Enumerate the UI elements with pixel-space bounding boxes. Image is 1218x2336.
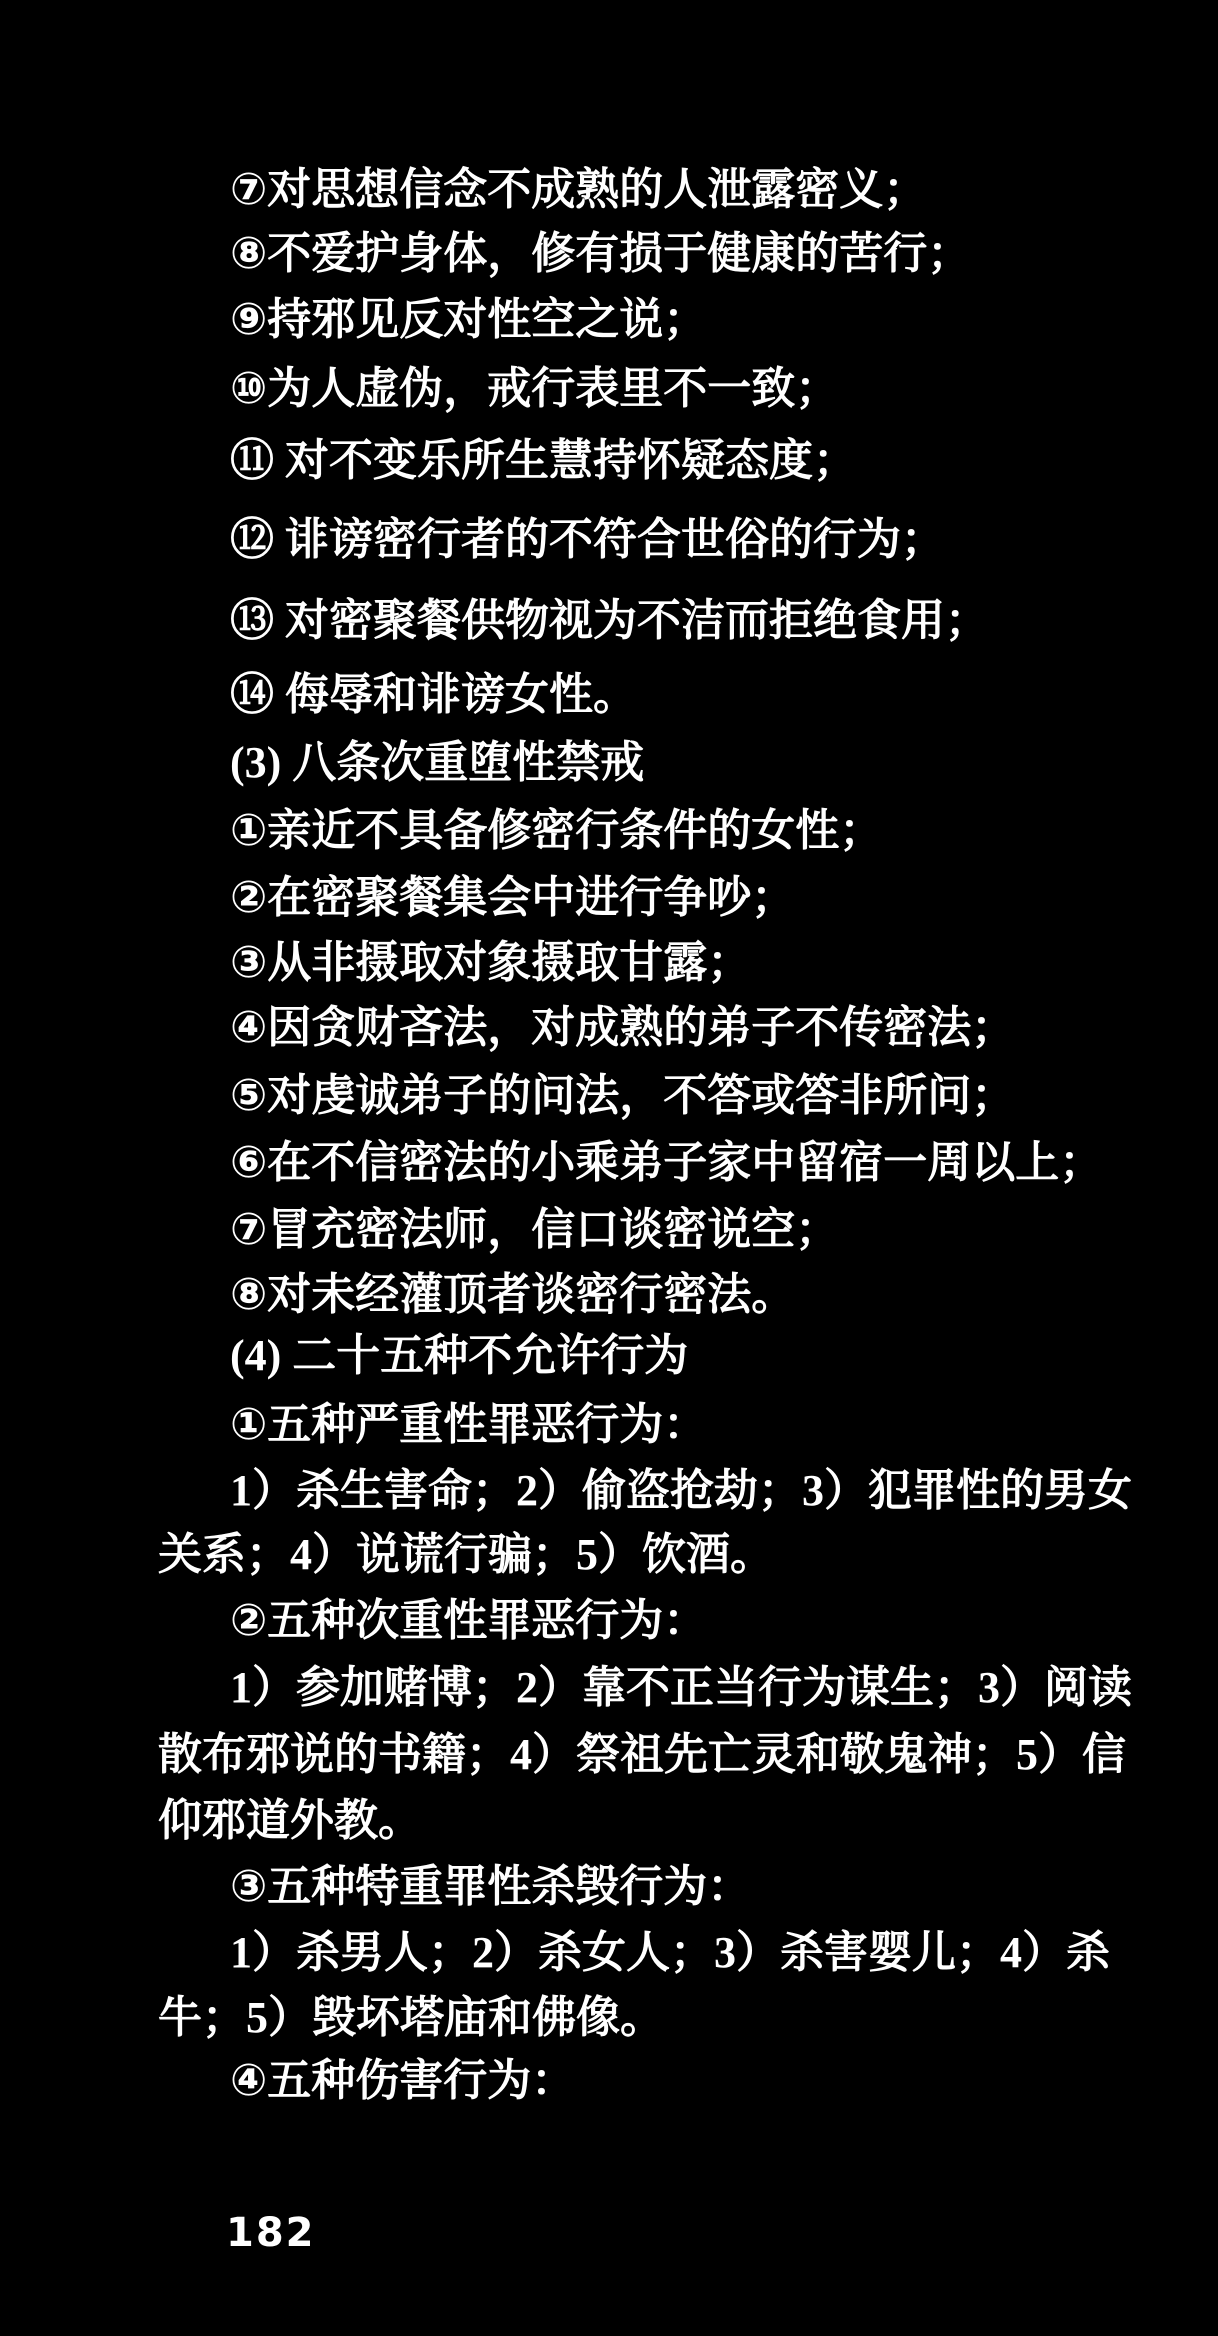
text-line: 仰邪道外教。 — [158, 1796, 422, 1847]
text-line: ⑪ 对不变乐所生慧持怀疑态度； — [230, 436, 857, 487]
text-line: ①五种严重性罪恶行为： — [230, 1400, 707, 1451]
text-line: ⑬ 对密聚餐供物视为不洁而拒绝食用； — [230, 596, 989, 647]
text-line: 散布邪说的书籍；4）祭祖先亡灵和敬鬼神；5）信 — [158, 1730, 1126, 1781]
text-line: ⑫ 诽谤密行者的不符合世俗的行为； — [230, 515, 945, 566]
text-line: 1）参加赌博；2）靠不正当行为谋生；3）阅读 — [230, 1663, 1132, 1714]
text-line: ④因贪财吝法，对成熟的弟子不传密法； — [230, 1003, 1015, 1054]
text-line: ⑨持邪见反对性空之说； — [230, 295, 707, 346]
page-number: 182 — [226, 2210, 316, 2256]
text-line: ⑧对未经灌顶者谈密行密法。 — [230, 1270, 795, 1321]
text-line: ③从非摄取对象摄取甘露； — [230, 938, 751, 989]
text-line: ②五种次重性罪恶行为： — [230, 1596, 707, 1647]
text-line: ④五种伤害行为： — [230, 2056, 575, 2107]
text-line: 1）杀男人；2）杀女人；3）杀害婴儿；4）杀 — [230, 1928, 1110, 1979]
text-line: ⑩为人虚伪，戒行表里不一致； — [230, 364, 839, 415]
text-line: 牛；5）毁坏塔庙和佛像。 — [158, 1993, 664, 2044]
text-line: ⑭ 侮辱和诽谤女性。 — [230, 670, 637, 721]
text-line: 关系；4）说谎行骗；5）饮酒。 — [158, 1530, 774, 1581]
text-line: ①亲近不具备修密行条件的女性； — [230, 806, 883, 857]
text-line: ②在密聚餐集会中进行争吵； — [230, 873, 795, 924]
text-line: ⑥在不信密法的小乘弟子家中留宿一周以上； — [230, 1138, 1103, 1189]
text-line: ③五种特重罪性杀毁行为： — [230, 1862, 751, 1913]
text-line: ⑦对思想信念不成熟的人泄露密义； — [230, 165, 927, 216]
text-line: ⑦冒充密法师，信口谈密说空； — [230, 1205, 839, 1256]
book-page: ⑦对思想信念不成熟的人泄露密义；⑧不爱护身体，修有损于健康的苦行；⑨持邪见反对性… — [0, 0, 1218, 2336]
text-line: 1）杀生害命；2）偷盗抢劫；3）犯罪性的男女 — [230, 1466, 1132, 1517]
text-line: (3) 八条次重堕性禁戒 — [230, 738, 644, 789]
text-line: (4) 二十五种不允许行为 — [230, 1331, 688, 1382]
text-line: ⑤对虔诚弟子的问法，不答或答非所问； — [230, 1071, 1015, 1122]
text-line: ⑧不爱护身体，修有损于健康的苦行； — [230, 229, 971, 280]
